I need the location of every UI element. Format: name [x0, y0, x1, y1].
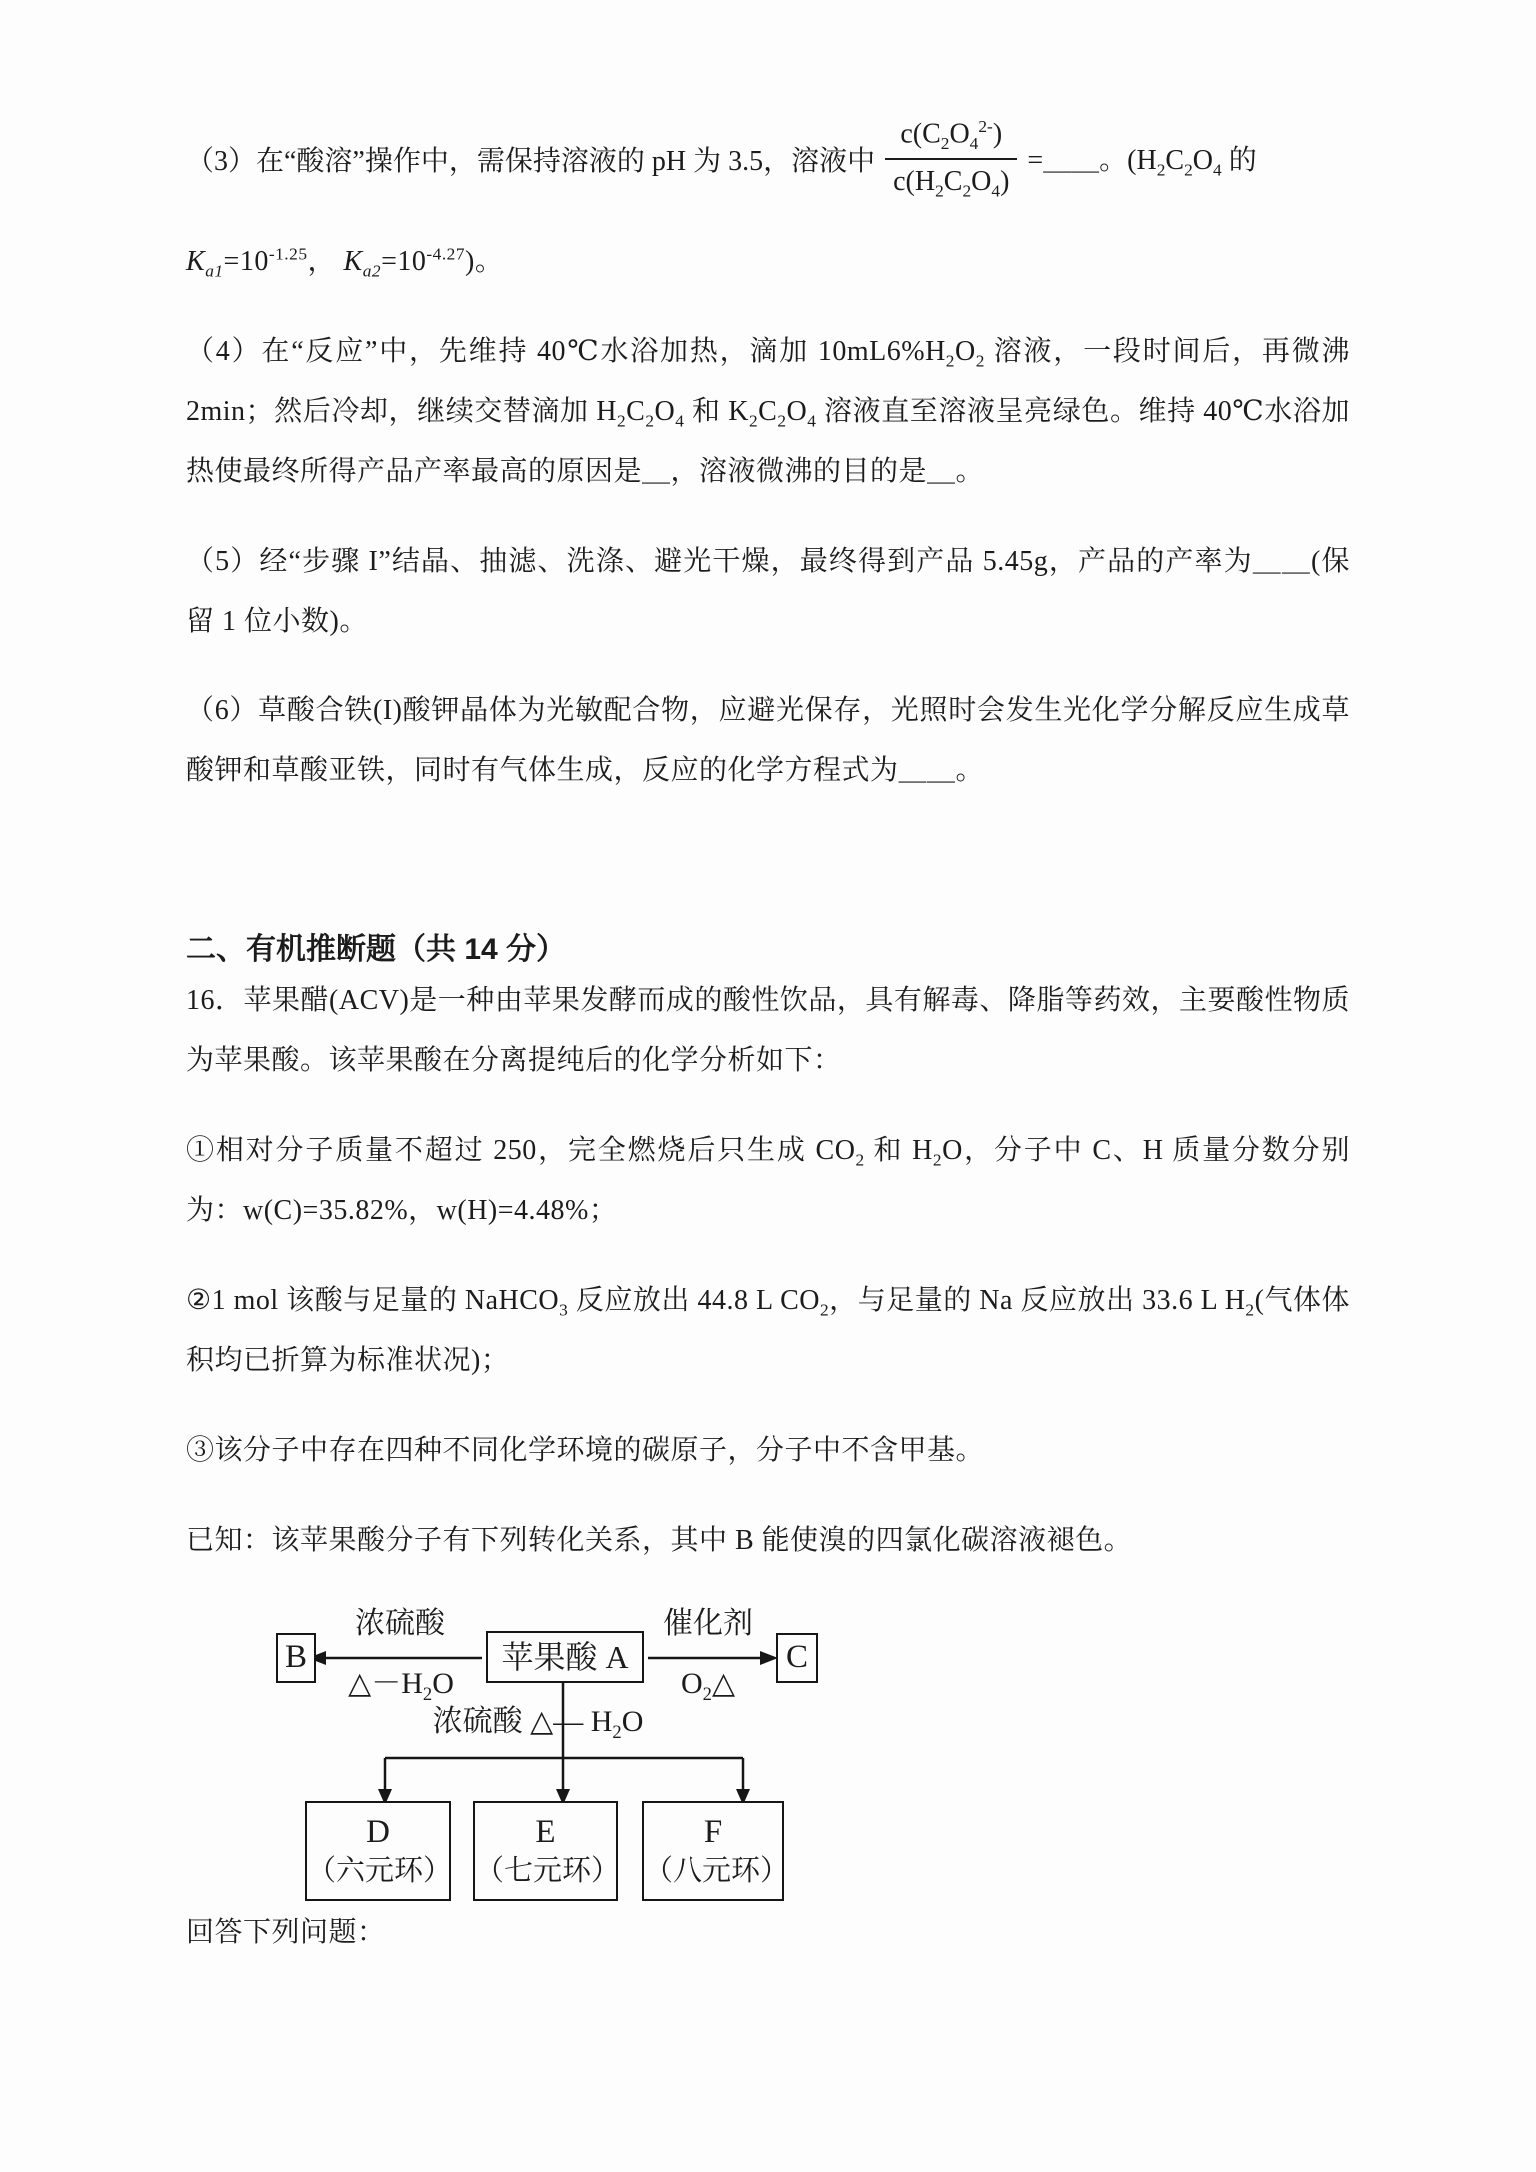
question-3-line1: （3）在“酸溶”操作中，需保持溶液的 pH 为 3.5，溶液中 c(C2O42-…	[186, 100, 1350, 218]
diagram-box-b-label: B	[285, 1637, 307, 1678]
right-arrow-condition-top: 催化剂	[652, 1607, 764, 1640]
right-arrow-condition-bottom: O2△	[666, 1667, 750, 1705]
diagram-box-c: C	[776, 1633, 818, 1683]
question-4-text: （4）在“反应”中，先维持 40℃水浴加热，滴加 10mL6%H2O2 溶液，一…	[186, 322, 1350, 502]
diagram-box-d-letter: D	[366, 1812, 390, 1853]
diagram-box-f: F （八元环）	[642, 1801, 784, 1901]
diagram-box-d-ring: （六元环）	[307, 1853, 449, 1889]
diagram-box-e: E （七元环）	[473, 1801, 618, 1901]
fraction-denominator: c(H2C2O4)	[885, 160, 1017, 203]
reaction-flow-diagram: B 苹果酸 A C 浓硫酸 △－H2O 催化剂 O2△ 浓硫酸 △— H2O D…	[186, 1601, 846, 1903]
oxalate-ratio-fraction: c(C2O42-) c(H2C2O4)	[885, 115, 1017, 203]
diagram-box-malic-acid-label: 苹果酸 A	[501, 1637, 628, 1677]
question-5-text: （5）经“步骤 I”结晶、抽滤、洗涤、避光干燥，最终得到产品 5.45g，产品的…	[186, 532, 1350, 652]
question-3-text-after-fraction: =＿＿。(H2C2O4 的	[1027, 138, 1256, 181]
question-3-text-before-fraction: （3）在“酸溶”操作中，需保持溶液的 pH 为 3.5，溶液中	[186, 139, 875, 179]
down-arrow-condition: 浓硫酸 △— H2O	[404, 1705, 672, 1743]
section-2-header: 二、有机推断题（共 14 分）	[186, 929, 1350, 971]
question-16-clue-1: ①相对分子质量不超过 250，完全燃烧后只生成 CO2 和 H2O，分子中 C、…	[186, 1121, 1350, 1241]
diagram-box-b: B	[276, 1633, 316, 1683]
answer-prompt: 回答下列问题：	[186, 1903, 1350, 1963]
fraction-numerator: c(C2O42-)	[885, 115, 1017, 160]
question-6-text: （6）草酸合铁(I)酸钾晶体为光敏配合物，应避光保存，光照时会发生光化学分解反应…	[186, 681, 1350, 801]
diagram-box-f-letter: F	[704, 1812, 722, 1853]
question-16-intro: 16．苹果醋(ACV)是一种由苹果发酵而成的酸性饮品，具有解毒、降脂等药效，主要…	[186, 971, 1350, 1091]
question-16-clue-3: ③该分子中存在四种不同化学环境的碳原子，分子中不含甲基。	[186, 1421, 1350, 1481]
left-arrow-condition-top: 浓硫酸	[344, 1607, 456, 1640]
diagram-box-e-ring: （七元环）	[475, 1853, 616, 1889]
question-16-known-condition: 已知：该苹果酸分子有下列转化关系，其中 B 能使溴的四氯化碳溶液褪色。	[186, 1511, 1350, 1571]
diagram-box-e-letter: E	[535, 1812, 555, 1853]
question-3-ka-values: Ka1=10-1.25， Ka2=10-4.27)。	[186, 232, 1350, 292]
diagram-box-c-label: C	[786, 1637, 808, 1678]
exam-paper-page: （3）在“酸溶”操作中，需保持溶液的 pH 为 3.5，溶液中 c(C2O42-…	[0, 0, 1536, 2172]
diagram-box-f-ring: （八元环）	[644, 1853, 782, 1889]
left-arrow-condition-bottom: △－H2O	[330, 1667, 472, 1705]
diagram-box-d: D （六元环）	[305, 1801, 451, 1901]
question-16-clue-2: ②1 mol 该酸与足量的 NaHCO3 反应放出 44.8 L CO2，与足量…	[186, 1271, 1350, 1391]
diagram-box-malic-acid: 苹果酸 A	[486, 1631, 644, 1683]
